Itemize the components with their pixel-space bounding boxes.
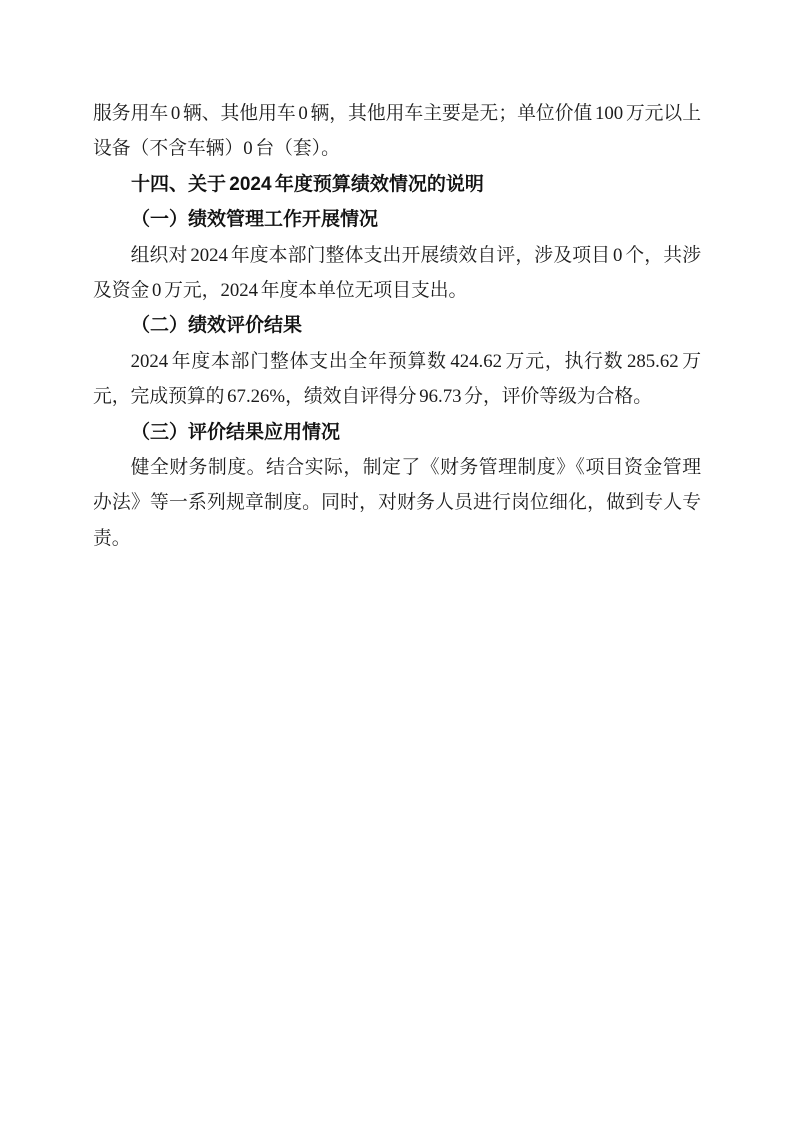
- heading-sub-1-performance-management: （一）绩效管理工作开展情况: [93, 202, 701, 237]
- paragraph-performance-self-evaluation: 组织对 2024 年度本部门整体支出开展绩效自评，涉及项目 0 个，共涉及资金 …: [93, 238, 701, 309]
- document-text-column: 服务用车 0 辆、其他用车 0 辆，其他用车主要是无；单位价值 100 万元以上…: [93, 96, 701, 556]
- heading-section-14-budget-performance: 十四、关于 2024 年度预算绩效情况的说明: [93, 167, 701, 202]
- paragraph-vehicles-continued: 服务用车 0 辆、其他用车 0 辆，其他用车主要是无；单位价值 100 万元以上…: [93, 96, 701, 167]
- heading-sub-3-result-application: （三）评价结果应用情况: [93, 415, 701, 450]
- paragraph-financial-system: 健全财务制度。结合实际，制定了《财务管理制度》《项目资金管理办法》等一系列规章制…: [93, 450, 701, 556]
- document-page: 服务用车 0 辆、其他用车 0 辆，其他用车主要是无；单位价值 100 万元以上…: [0, 0, 793, 1122]
- paragraph-budget-execution-figures: 2024 年度本部门整体支出全年预算数 424.62 万元，执行数 285.62…: [93, 344, 701, 415]
- heading-sub-2-evaluation-results: （二）绩效评价结果: [93, 308, 701, 343]
